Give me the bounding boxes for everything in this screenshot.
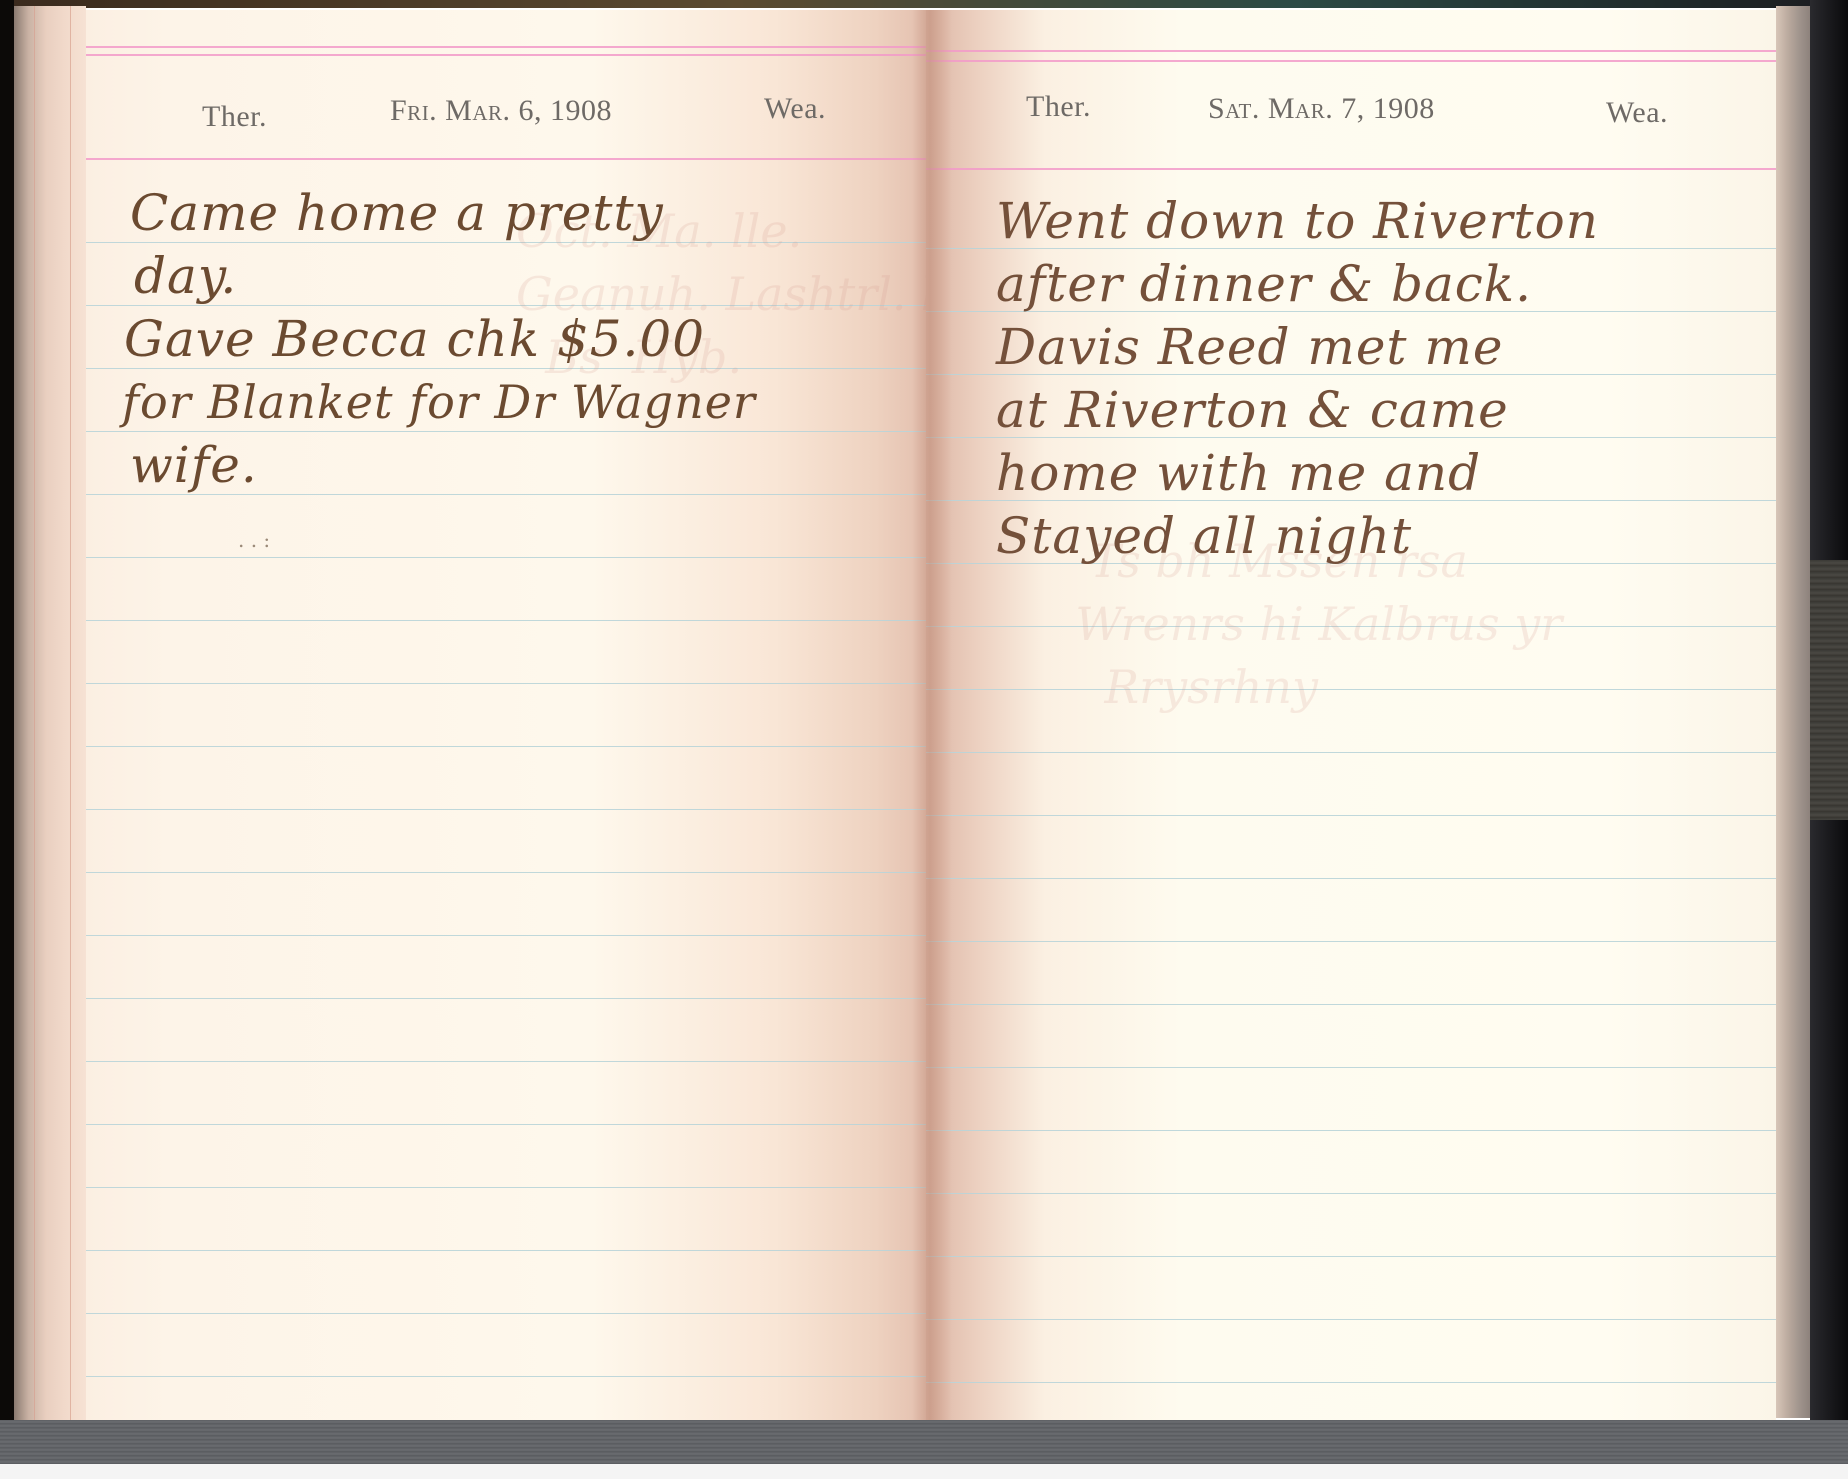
book-gutter: [912, 10, 952, 1422]
entry-line: day.: [134, 245, 756, 308]
book-cover-right-texture: [1810, 560, 1848, 820]
header-rule-top-2: [86, 54, 926, 56]
header-rule-bottom: [86, 158, 926, 160]
scanner-top-edge: [0, 0, 1848, 8]
entry-line: after dinner & back.: [996, 253, 1599, 316]
thermometer-label: Ther.: [1026, 90, 1091, 124]
entry-line: at Riverton & came: [996, 379, 1599, 442]
scan-bottom-margin: [0, 1464, 1848, 1479]
page-date: Sat. Mar. 7, 1908: [1208, 92, 1435, 126]
entry-line: Came home a pretty: [130, 182, 756, 245]
right-page-header: Ther. Sat. Mar. 7, 1908 Wea.: [926, 96, 1776, 146]
left-entry: Came home a pretty day. Gave Becca chk $…: [130, 182, 756, 497]
entry-line: home with me and: [996, 442, 1599, 505]
entry-line: for Blanket for Dr Wagner: [122, 371, 756, 434]
entry-line: Gave Becca chk $5.00: [124, 308, 756, 371]
page-date: Fri. Mar. 6, 1908: [390, 94, 612, 128]
entry-line: Davis Reed met me: [996, 316, 1599, 379]
thermometer-label: Ther.: [202, 100, 267, 134]
weather-label: Wea.: [764, 92, 826, 126]
left-page: Ther. Fri. Mar. 6, 1908 Wea. Oct. Ma. ll…: [86, 10, 926, 1422]
entry-line: Stayed all night: [996, 505, 1599, 568]
entry-line: wife.: [130, 434, 756, 497]
header-rule-top-1: [86, 46, 926, 48]
page-edges-right: [1776, 6, 1810, 1418]
header-rule-top-2: [926, 60, 1776, 62]
ink-dots: . . :: [238, 528, 270, 552]
right-page: Ther. Sat. Mar. 7, 1908 Wea. Ts bh Mssen…: [926, 10, 1776, 1422]
weather-label: Wea.: [1606, 96, 1668, 130]
right-entry: Went down to Riverton after dinner & bac…: [996, 190, 1599, 568]
header-rule-bottom: [926, 168, 1776, 170]
entry-line: Went down to Riverton: [996, 190, 1599, 253]
page-edges-left: [14, 6, 86, 1426]
header-rule-top-1: [926, 50, 1776, 52]
left-page-header: Ther. Fri. Mar. 6, 1908 Wea.: [86, 96, 926, 146]
diary-scan: Ther. Fri. Mar. 6, 1908 Wea. Oct. Ma. ll…: [0, 0, 1848, 1479]
scanner-left-edge: [0, 0, 14, 1440]
